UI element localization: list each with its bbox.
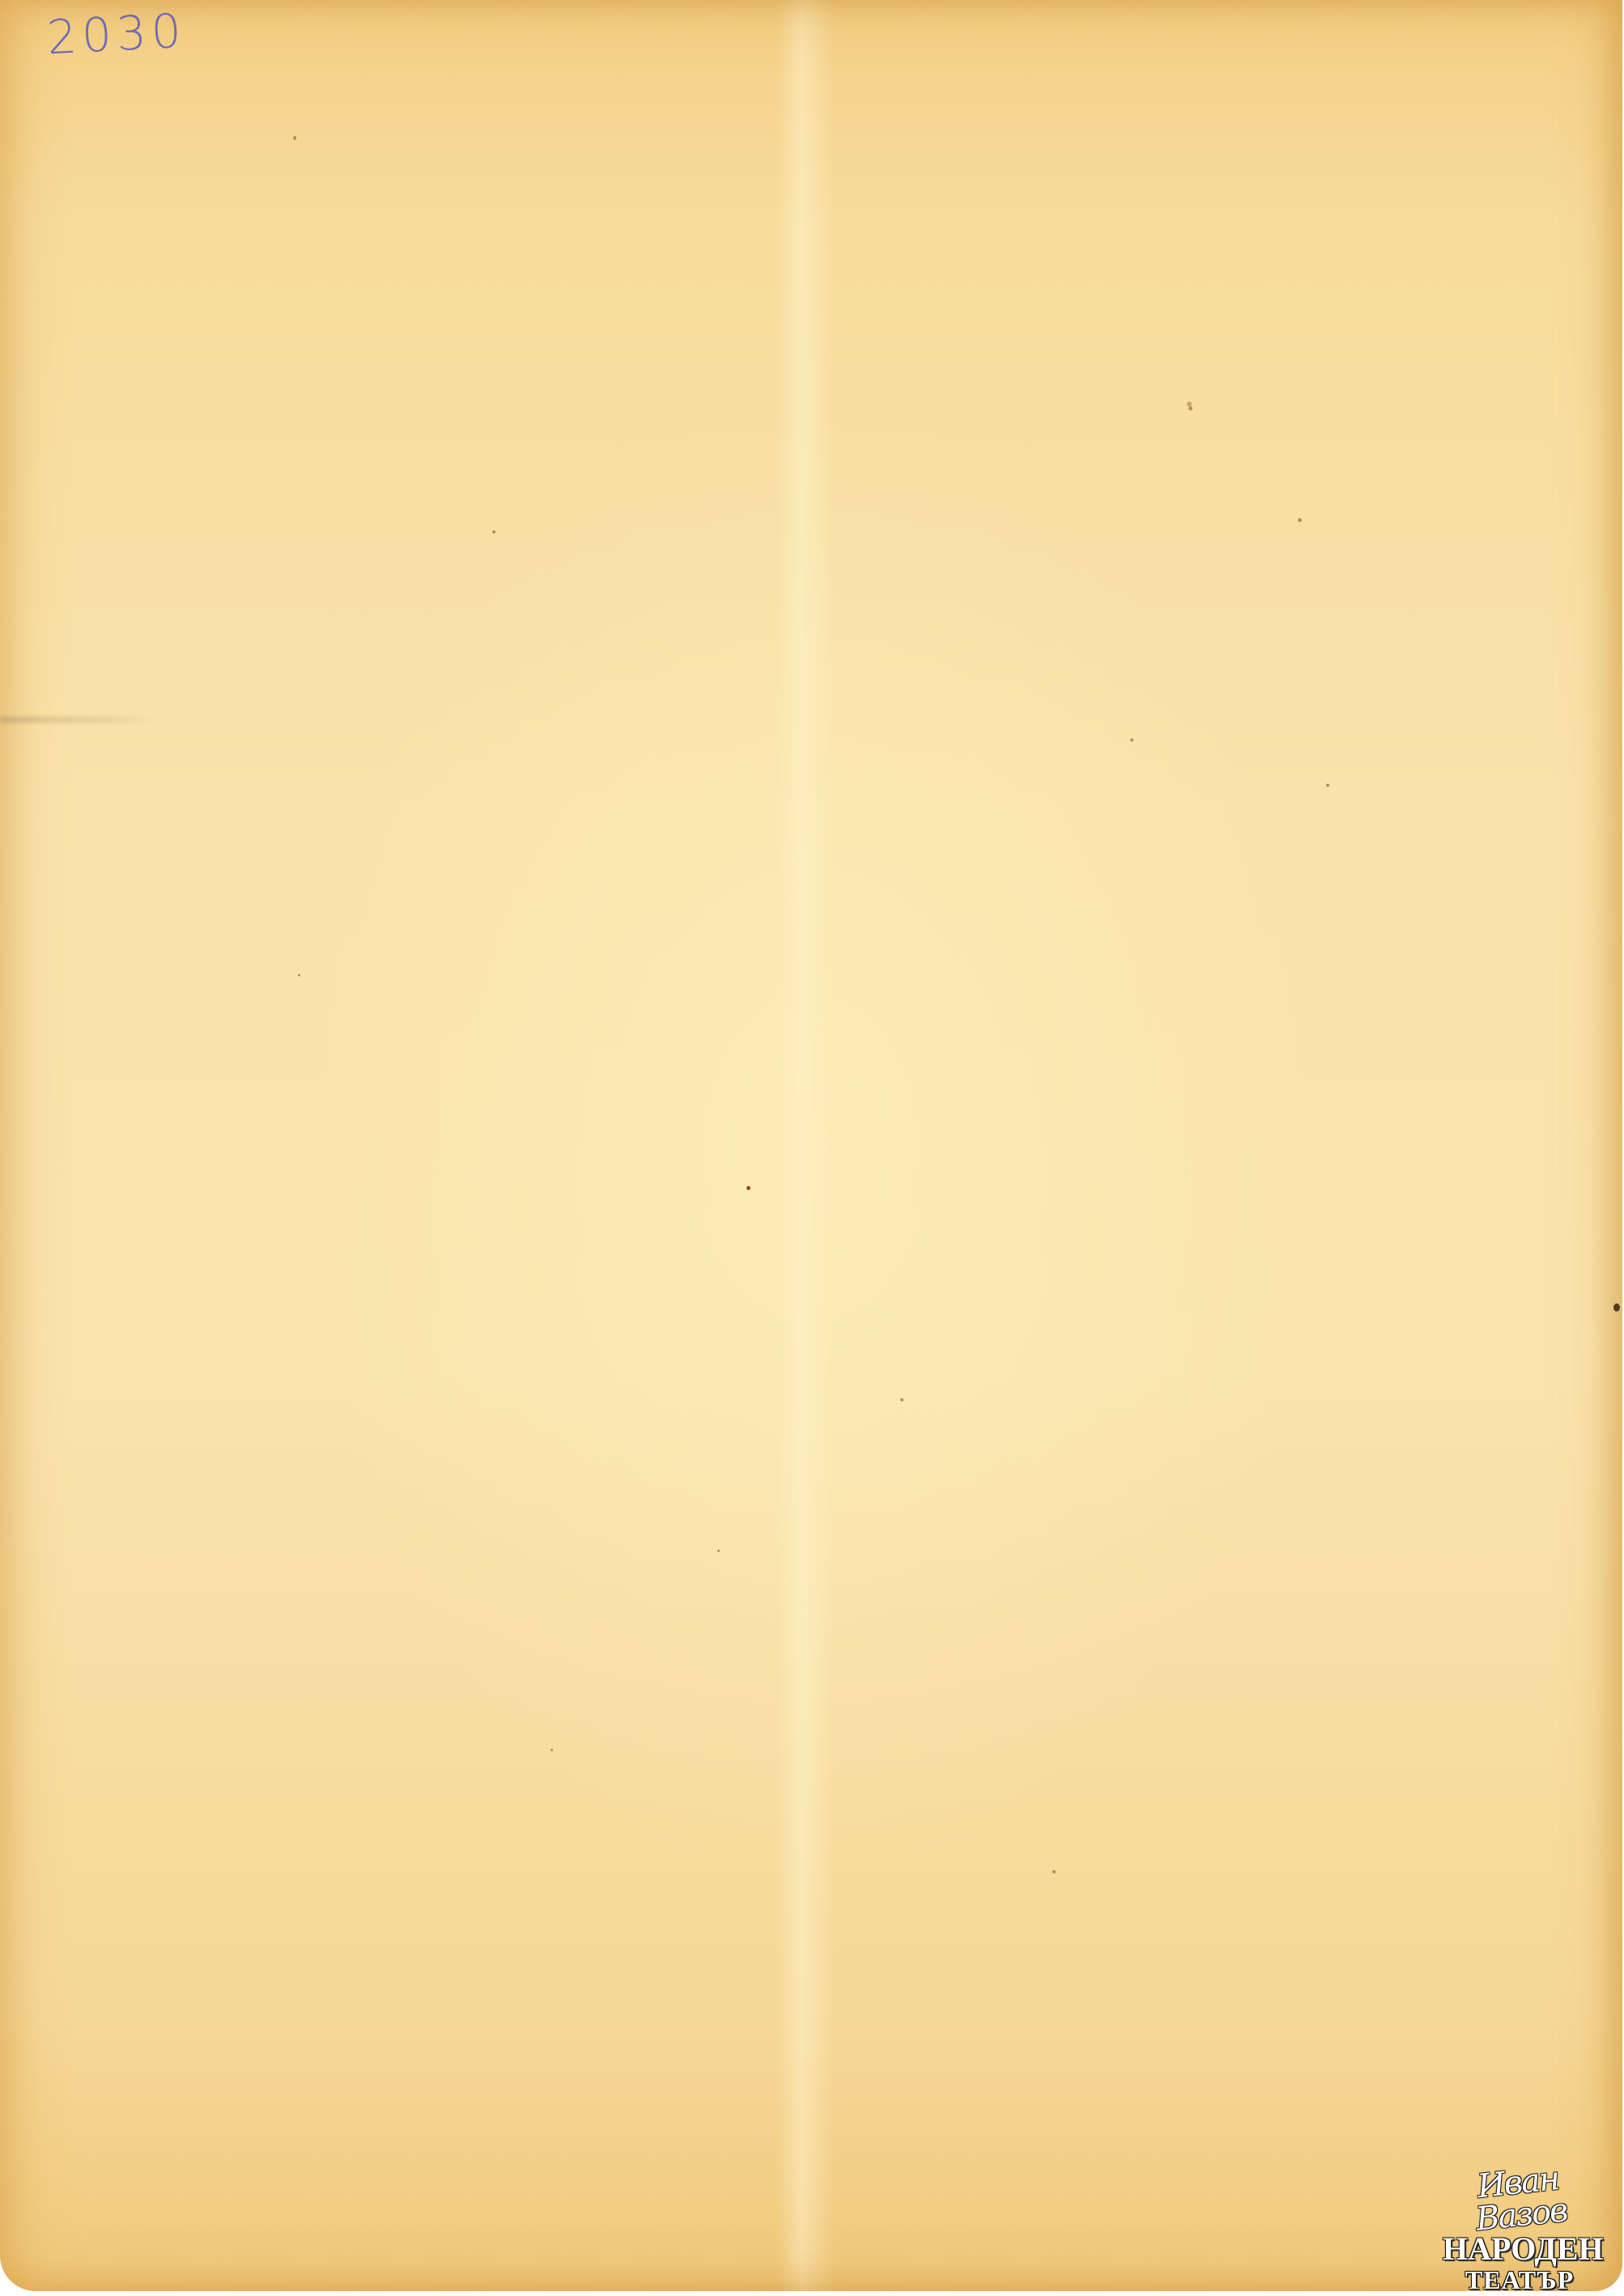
paper-speck [1613, 1303, 1620, 1312]
handwritten-catalog-number: 2030 [45, 3, 187, 66]
logo-line-1: НАРОДЕН [1443, 2233, 1596, 2265]
paper-speck [1298, 518, 1302, 522]
paper-speck [551, 1749, 553, 1751]
paper-speck [298, 974, 300, 976]
paper-speck [293, 136, 296, 140]
paper-speck [1130, 738, 1133, 742]
paper-sheet: 2030 Иван Вазов НАРОДЕН ТЕАТЪР [0, 0, 1622, 2291]
paper-speck [1188, 406, 1192, 410]
paper-speck [492, 530, 495, 534]
national-theatre-logo: Иван Вазов НАРОДЕН ТЕАТЪР [1443, 2166, 1596, 2293]
paper-speck [746, 1186, 750, 1190]
logo-script-name: Иван Вазов [1439, 2158, 1599, 2239]
paper-speck [1052, 1870, 1056, 1873]
logo-line-2: ТЕАТЪР [1443, 2267, 1596, 2293]
paper-speck [1187, 402, 1192, 406]
paper-speck [717, 1550, 720, 1552]
paper-speck [900, 1398, 903, 1401]
fold-mark [0, 716, 154, 723]
paper-speck [1326, 784, 1329, 787]
